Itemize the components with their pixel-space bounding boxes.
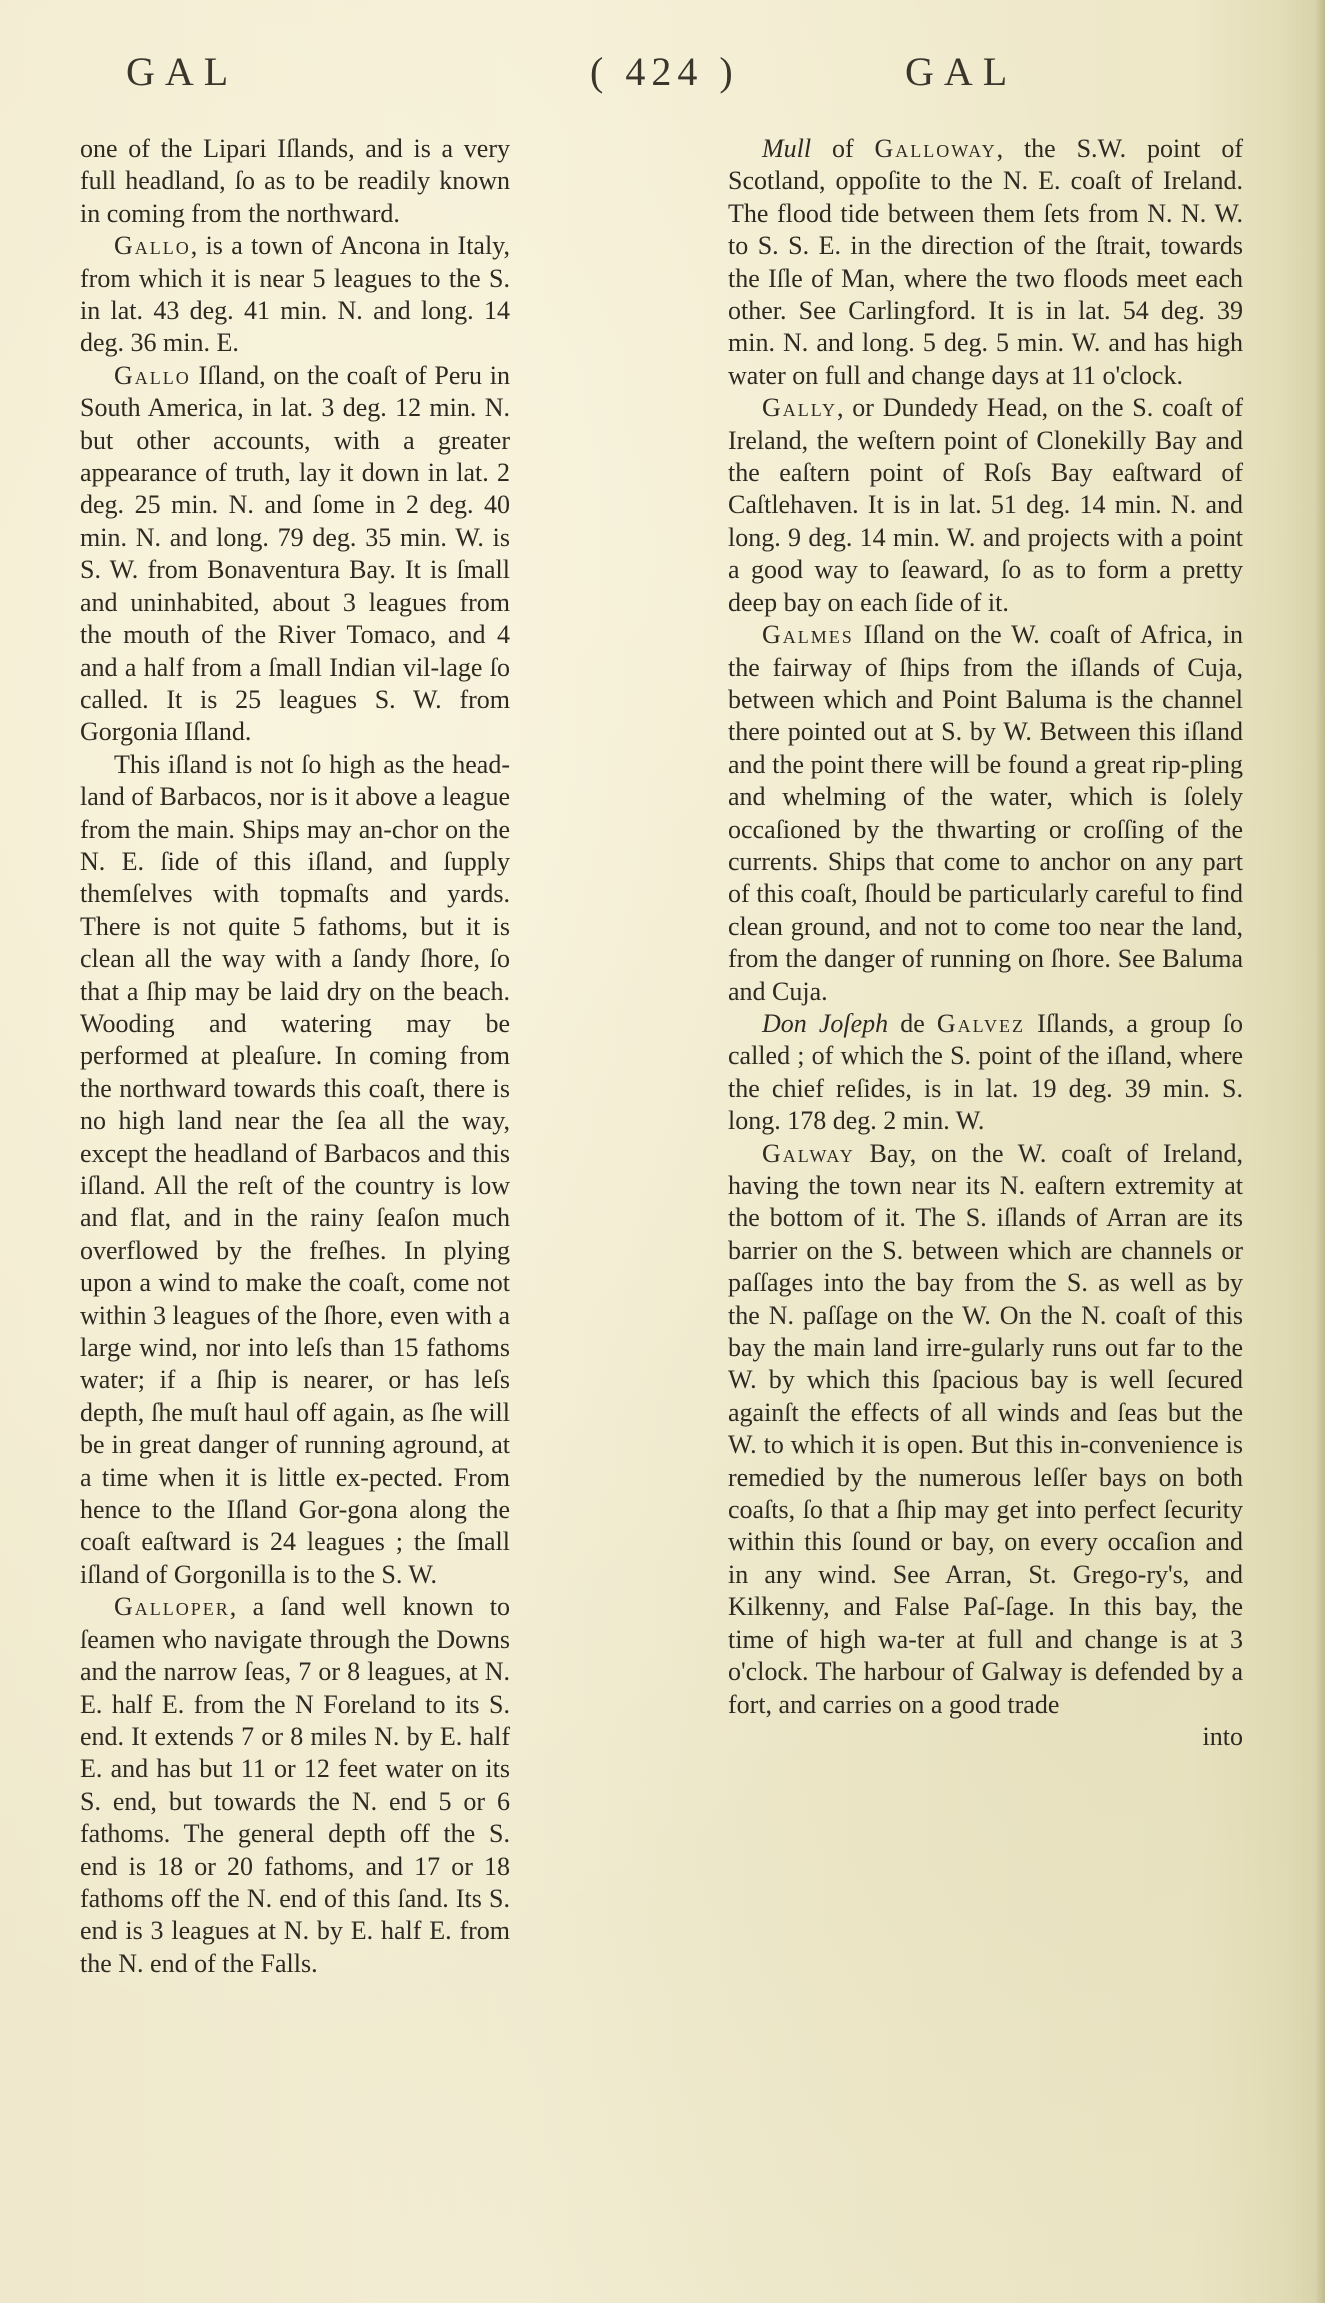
entry-gally: Gally, or Dundedy Head, on the S. coaſt … [728,392,1243,619]
entry-text: This iſland is not ſo high as the head-l… [80,750,510,1589]
entry-gallo-town: Gallo, is a town of Ancona in Italy, fro… [80,230,510,360]
headword: Galvez [937,1009,1025,1038]
headword: Galloway [874,134,996,163]
headword: Galway [762,1139,855,1168]
entry-text: one of the Lipari Iſlands, and is a very… [80,134,510,228]
page-edge-shadow [1315,0,1325,2303]
document-page: GAL ( 424 ) GAL one of the Lipari Iſland… [0,0,1325,2303]
entry-text: , the S.W. point of Scotland, oppoſite t… [728,134,1243,390]
left-column: one of the Lipari Iſlands, and is a very… [80,133,510,1980]
entry-text: , a ſand well known to ſeamen who naviga… [80,1592,510,1977]
right-column: Mull of Galloway, the S.W. point of Scot… [728,133,1243,1753]
entry-galmes: Galmes Iſland on the W. coaſt of Africa,… [728,619,1243,1008]
headword: Galloper [114,1592,230,1621]
running-header: GAL ( 424 ) GAL [0,48,1325,108]
connector: de [888,1009,937,1038]
entry-galloper: Galloper, a ſand well known to ſeamen wh… [80,1591,510,1980]
headword: Galmes [762,620,854,649]
entry-continuation: one of the Lipari Iſlands, and is a very… [80,133,510,230]
page-number: ( 424 ) [590,48,739,95]
headword: Gallo [114,361,191,390]
catchword: into [728,1721,1243,1753]
entry-text: , or Dundedy Head, on the S. coaſt of Ir… [728,393,1243,616]
entry-galway: Galway Bay, on the W. coaſt of Ireland, … [728,1138,1243,1721]
header-right-keyword: GAL [905,48,1017,95]
connector: of [811,134,874,163]
entry-text: Bay, on the W. coaſt of Ireland, having … [728,1139,1243,1719]
header-left-keyword: GAL [126,48,238,95]
entry-gallo-island-continued: This iſland is not ſo high as the head-l… [80,749,510,1592]
entry-gallo-island: Gallo Iſland, on the coaſt of Peru in So… [80,360,510,749]
headword: Gallo [114,231,191,260]
lead-italic: Don Joſeph [762,1009,888,1038]
headword: Gally [762,393,837,422]
lead-italic: Mull [762,134,811,163]
entry-galloway: Mull of Galloway, the S.W. point of Scot… [728,133,1243,392]
entry-galvez: Don Joſeph de Galvez Iſlands, a group ſo… [728,1008,1243,1138]
entry-text: Iſland on the W. coaſt of Africa, in the… [728,620,1243,1005]
entry-text: Iſland, on the coaſt of Peru in South Am… [80,361,510,746]
